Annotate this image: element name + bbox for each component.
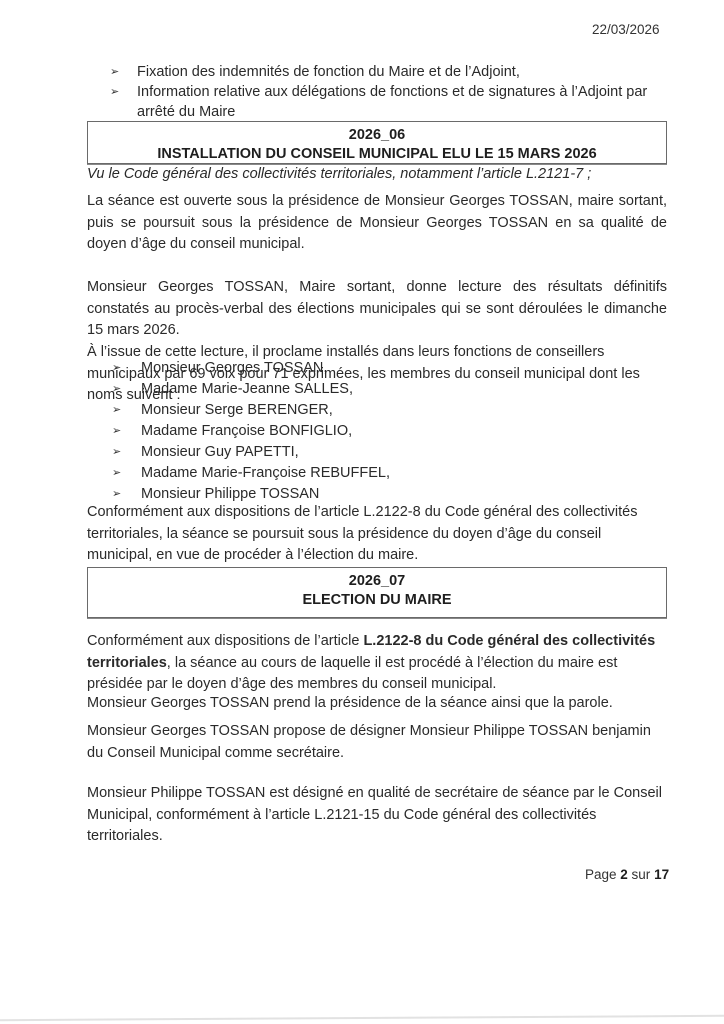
section-title: ELECTION DU MAIRE	[88, 591, 666, 610]
list-item: ➢Monsieur Georges TOSSAN,	[112, 358, 612, 379]
paragraph: Conformément aux dispositions de l’artic…	[87, 502, 667, 567]
list-item: ➢ Fixation des indemnités de fonction du…	[110, 62, 670, 82]
council-members-list: ➢Monsieur Georges TOSSAN, ➢Madame Marie-…	[112, 358, 612, 505]
arrowhead-bullet-icon: ➢	[110, 62, 137, 82]
intro-bullet-list: ➢ Fixation des indemnités de fonction du…	[110, 62, 670, 122]
section-number: 2026_06	[88, 126, 666, 145]
list-item: ➢ Information relative aux délégations d…	[110, 82, 670, 122]
paragraph: Monsieur Georges TOSSAN prend la préside…	[87, 693, 667, 715]
arrowhead-bullet-icon: ➢	[112, 400, 141, 421]
list-item: ➢Monsieur Serge BERENGER,	[112, 400, 612, 421]
scan-edge-divider	[0, 1015, 724, 1021]
arrowhead-bullet-icon: ➢	[112, 358, 141, 379]
paragraph: Monsieur Philippe TOSSAN est désigné en …	[87, 783, 667, 848]
arrowhead-bullet-icon: ➢	[112, 379, 141, 400]
arrowhead-bullet-icon: ➢	[112, 442, 141, 463]
paragraph: Monsieur Georges TOSSAN, Maire sortant, …	[87, 277, 667, 342]
document-date: 22/03/2026	[592, 22, 660, 37]
legal-reference: Vu le Code général des collectivités ter…	[87, 164, 667, 186]
section-title: INSTALLATION DU CONSEIL MUNICIPAL ELU LE…	[88, 145, 666, 164]
paragraph: Monsieur Georges TOSSAN propose de désig…	[87, 721, 667, 764]
list-item: ➢Madame Marie-Françoise REBUFFEL,	[112, 463, 612, 484]
paragraph: La séance est ouverte sous la présidence…	[87, 191, 667, 256]
paragraph: Conformément aux dispositions de l’artic…	[87, 631, 667, 696]
list-item: ➢Madame Marie-Jeanne SALLES,	[112, 379, 612, 400]
arrowhead-bullet-icon: ➢	[112, 421, 141, 442]
section-header-2026-07: 2026_07 ELECTION DU MAIRE	[87, 567, 667, 618]
list-item: ➢Monsieur Guy PAPETTI,	[112, 442, 612, 463]
page-number: Page 2 sur 17	[585, 867, 669, 882]
list-item: ➢Madame Françoise BONFIGLIO,	[112, 421, 612, 442]
arrowhead-bullet-icon: ➢	[112, 463, 141, 484]
arrowhead-bullet-icon: ➢	[110, 82, 137, 122]
section-header-2026-06: 2026_06 INSTALLATION DU CONSEIL MUNICIPA…	[87, 121, 667, 164]
section-number: 2026_07	[88, 572, 666, 591]
